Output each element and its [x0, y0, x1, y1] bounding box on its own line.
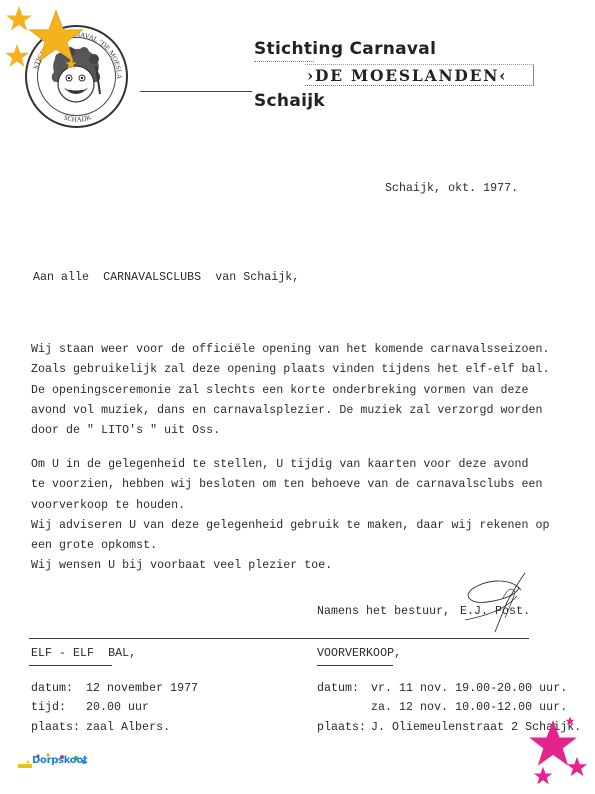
- event-date-label: datum:: [31, 682, 73, 695]
- letterhead-divider: [254, 61, 314, 63]
- watermark-text: Dorpskoot: [32, 755, 87, 766]
- letterhead-rule: [140, 91, 252, 92]
- presale-heading-underline: [317, 665, 393, 666]
- star-icon: [565, 716, 575, 726]
- text-line: Wij adviseren U van deze gelegenheid geb…: [31, 519, 550, 539]
- letterhead-place: Schaijk: [254, 91, 325, 111]
- paragraph-opening: Wij staan weer voor de officiële opening…: [31, 343, 550, 444]
- event-heading-underline: [29, 665, 112, 666]
- presale-date-value-2: za. 12 nov. 10.00-12.00 uur.: [371, 701, 567, 714]
- paragraph-presale: Om U in de gelegenheid te stellen, U tij…: [31, 458, 550, 580]
- text-line: Om U in de gelegenheid te stellen, U tij…: [31, 458, 550, 478]
- salutation: Aan alle CARNAVALSCLUBS van Schaijk,: [33, 271, 299, 284]
- text-line: Wij staan weer voor de officiële opening…: [31, 343, 550, 363]
- text-line: De openingsceremonie zal slechts een kor…: [31, 384, 550, 404]
- event-place-label: plaats:: [31, 721, 80, 734]
- star-icon: [566, 756, 588, 778]
- star-icon: [4, 43, 30, 69]
- text-line: door de " LITO's " uit Oss.: [31, 424, 550, 444]
- presale-date-value-1: vr. 11 nov. 19.00-20.00 uur.: [371, 682, 567, 695]
- presale-place-label: plaats:: [317, 721, 366, 734]
- text-line: voorverkoop te houden.: [31, 499, 550, 519]
- event-heading: ELF - ELF BAL,: [31, 647, 136, 660]
- text-line: avond vol muziek, dans en carnavalsplezi…: [31, 404, 550, 424]
- svg-text:SCHAIJK: SCHAIJK: [63, 113, 93, 123]
- event-place-value: zaal Albers.: [86, 721, 170, 734]
- event-time-value: 20.00 uur: [86, 701, 149, 714]
- event-date-value: 12 november 1977: [86, 682, 198, 695]
- presale-heading: VOORVERKOOP,: [317, 647, 401, 660]
- star-icon: [533, 766, 553, 786]
- dorpskoot-logo[interactable]: Dorpskoot: [18, 752, 94, 772]
- letter-date: Schaijk, okt. 1977.: [385, 182, 518, 195]
- star-icon: [65, 58, 77, 70]
- event-time-label: tijd:: [31, 701, 66, 714]
- letterhead-name: ›DE MOESLANDEN‹: [307, 66, 507, 85]
- text-line: een grote opkomst.: [31, 539, 550, 559]
- presale-date-label: datum:: [317, 682, 359, 695]
- text-line: Zoals gebruikelijk zal deze opening plaa…: [31, 363, 550, 383]
- closing-text: Namens het bestuur,: [317, 605, 450, 618]
- signature-icon: [455, 570, 535, 635]
- letterhead-foundation: Stichting Carnaval: [254, 39, 436, 59]
- text-line: te voorzien, hebben wij besloten om ten …: [31, 478, 550, 498]
- section-divider: [29, 638, 529, 639]
